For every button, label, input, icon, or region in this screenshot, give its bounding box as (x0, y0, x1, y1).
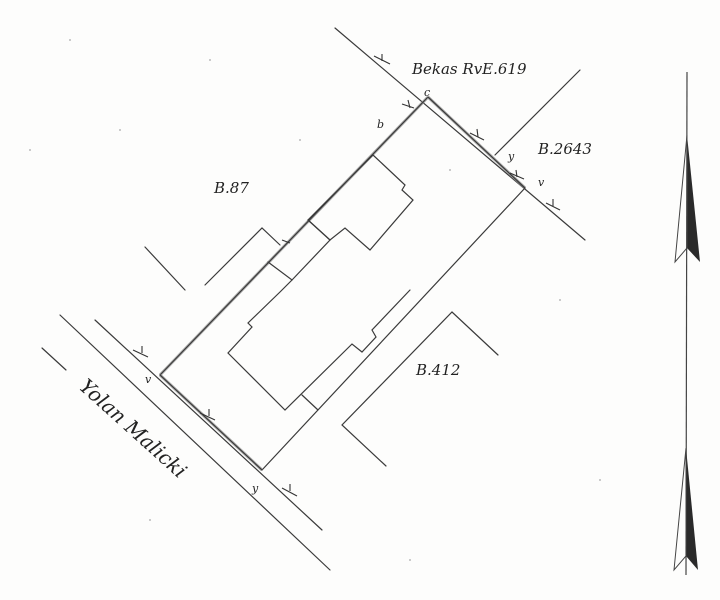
label-parcel-412: B.412 (415, 361, 460, 379)
building-upper (308, 155, 413, 250)
corner-mark-top: c (424, 86, 430, 99)
map-sheet: Bekas RvE.619 B.2643 B.87 B.412 Yolan Ma… (0, 0, 720, 600)
parcel-412-outline (342, 312, 498, 466)
street-edge-outer (60, 315, 330, 570)
street-edge-far (42, 348, 66, 370)
corner-mark-right-mid: y (507, 150, 515, 163)
paper-speckles (29, 39, 601, 561)
label-parcel-87: B.87 (213, 179, 249, 197)
north-arrow-icon (674, 72, 700, 575)
label-parcel-2643: B.2643 (537, 140, 592, 158)
label-north-parcel: Bekas RvE.619 (411, 60, 527, 78)
corner-mark-left-upper: b (377, 118, 384, 131)
corner-mark-bottom: y (251, 482, 259, 495)
parcel-87-outline (145, 228, 280, 290)
main-plot-outline (160, 97, 525, 470)
corner-mark-right-corner: v (538, 176, 545, 189)
corner-mark-bottom-left: v (145, 373, 152, 386)
building-lower (228, 280, 410, 410)
plot-drawing: Bekas RvE.619 B.2643 B.87 B.412 Yolan Ma… (0, 0, 720, 600)
